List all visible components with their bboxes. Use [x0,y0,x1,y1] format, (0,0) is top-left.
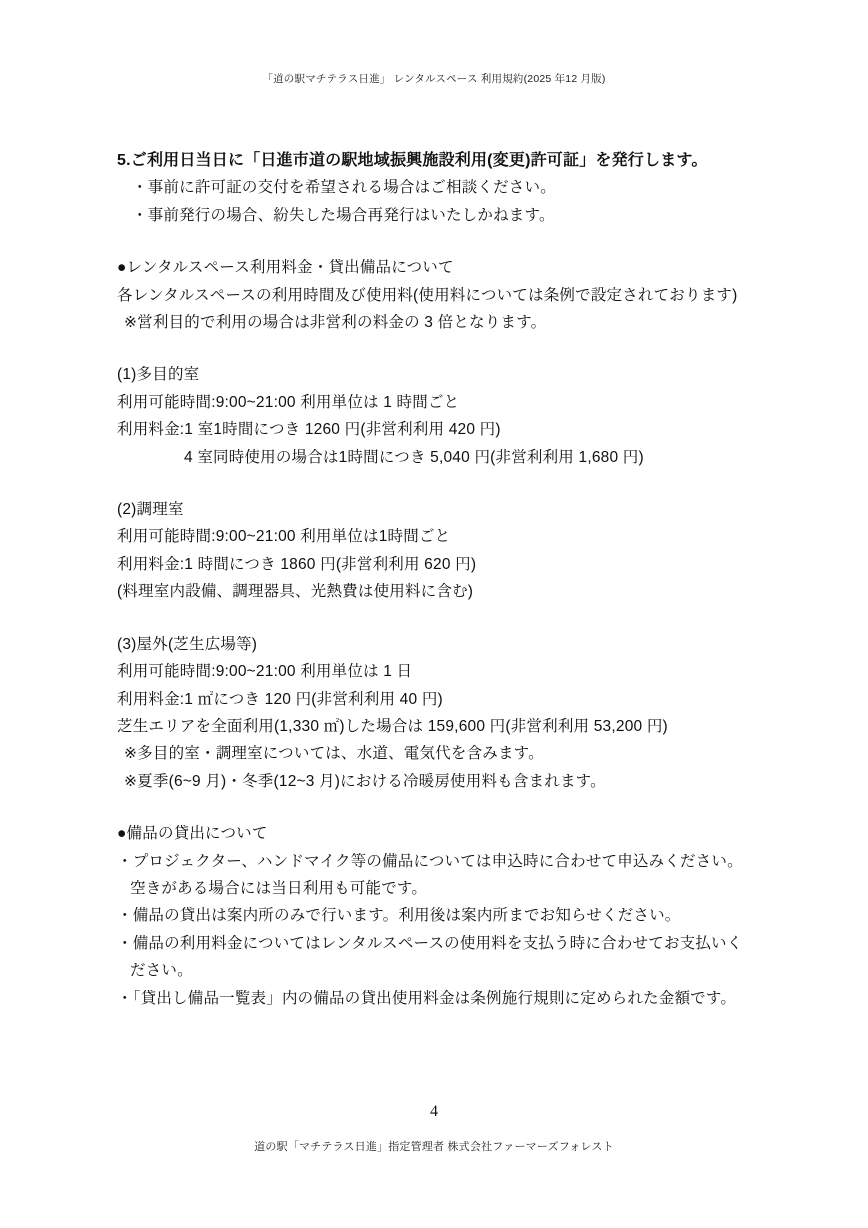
room1-fee-simultaneous: 4 室同時使用の場合は1時間につき 5,040 円(非営利利用 1,680 円) [117,444,789,471]
room2-title: (2)調理室 [117,496,789,523]
room2-fee: 利用料金:1 時間につき 1860 円(非営利利用 620 円) [117,551,789,578]
equipment-line: ・「貸出し備品一覧表」内の備品の貸出使用料金は条例施行規則に定められた金額です。 [117,985,789,1012]
permit-section-heading: 5.ご利用日当日に「日進市道の駅地域振興施設利用(変更)許可証」を発行します。 [117,147,789,174]
room1-hours: 利用可能時間:9:00~21:00 利用単位は 1 時間ごと [117,389,789,416]
document-footer-administrator: 道の駅「マチテラス日進」指定管理者 株式会社ファーマーズフォレスト [0,1138,868,1154]
equipment-line: ださい。 [117,957,789,984]
room2-hours: 利用可能時間:9:00~21:00 利用単位は1時間ごと [117,523,789,550]
equipment-line: ・備品の貸出は案内所のみで行います。利用後は案内所までお知らせください。 [117,902,789,929]
equipment-line: 空きがある場合には当日利用も可能です。 [117,875,789,902]
room3-title: (3)屋外(芝生広場等) [117,631,789,658]
document-header-title: 「道の駅マチテラス日進」 レンタルスペース 利用規約(2025 年12 月版) [0,71,868,86]
fees-note: ※営利目的で利用の場合は非営利の料金の 3 倍となります。 [117,309,789,336]
page-number: 4 [0,1103,868,1121]
document-body: 5.ご利用日当日に「日進市道の駅地域振興施設利用(変更)許可証」を発行します。 … [117,147,789,1012]
permit-bullet: ・事前に許可証の交付を希望される場合はご相談ください。 [117,174,789,201]
room2-note: (料理室内設備、調理器具、光熱費は使用料に含む) [117,578,789,605]
fees-section-heading: ●レンタルスペース利用料金・貸出備品について [117,254,789,281]
room3-note: ※夏季(6~9 月)・冬季(12~3 月)における冷暖房使用料も含まれます。 [117,768,789,795]
equipment-line: ・備品の利用料金についてはレンタルスペースの使用料を支払う時に合わせてお支払いく [117,930,789,957]
equipment-section-heading: ●備品の貸出について [117,820,789,847]
room1-fee: 利用料金:1 室1時間につき 1260 円(非営利利用 420 円) [117,416,789,443]
fees-intro: 各レンタルスペースの利用時間及び使用料(使用料については条例で設定されております… [117,282,789,309]
document-page: 「道の駅マチテラス日進」 レンタルスペース 利用規約(2025 年12 月版) … [0,0,868,1228]
room1-title: (1)多目的室 [117,361,789,388]
room3-fee-total: 芝生エリアを全面利用(1,330 ㎡)した場合は 159,600 円(非営利利用… [117,713,789,740]
section-spacer [117,606,789,631]
section-spacer [117,795,789,820]
room3-fee: 利用料金:1 ㎡につき 120 円(非営利利用 40 円) [117,686,789,713]
room3-hours: 利用可能時間:9:00~21:00 利用単位は 1 日 [117,658,789,685]
section-spacer [117,471,789,496]
permit-bullet: ・事前発行の場合、紛失した場合再発行はいたしかねます。 [117,202,789,229]
section-spacer [117,229,789,254]
room3-note: ※多目的室・調理室については、水道、電気代を含みます。 [117,740,789,767]
section-spacer [117,336,789,361]
equipment-line: ・プロジェクター、ハンドマイク等の備品については申込時に合わせて申込みください。 [117,848,789,875]
